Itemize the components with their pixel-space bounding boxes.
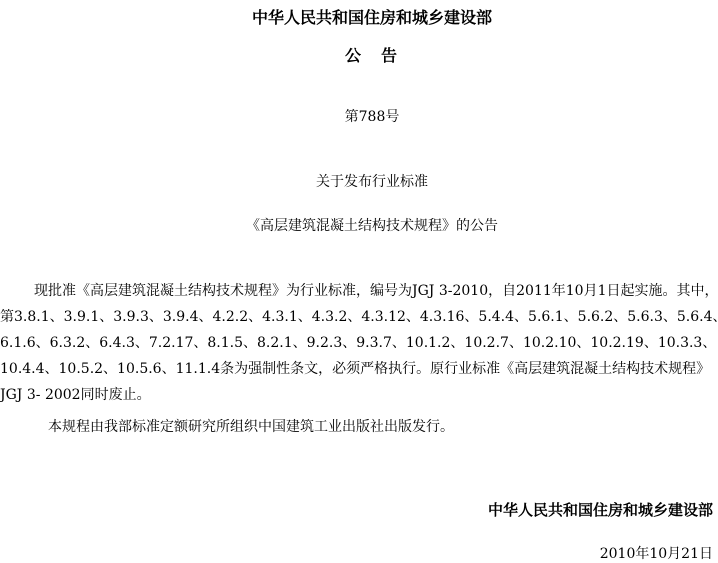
body-paragraph-1: 现批准《高层建筑混凝土结构技术规程》为行业标准，编号为JGJ 3-2010，自2… — [0, 278, 718, 408]
paragraph-1-line-5: JGJ 3- 2002同时废止。 — [0, 382, 718, 408]
paragraph-1-line-1: 现批准《高层建筑混凝土结构技术规程》为行业标准，编号为JGJ 3-2010，自2… — [0, 278, 718, 304]
paragraph-1-line-2: 第3.8.1、3.9.1、3.9.3、3.9.4、4.2.2、4.3.1、4.3… — [0, 304, 718, 330]
notice-type-heading: 公 告 — [0, 48, 718, 64]
announcement-document: 中华人民共和国住房和城乡建设部 公 告 第788号 关于发布行业标准 《高层建筑… — [0, 10, 718, 563]
notice-number: 第788号 — [0, 110, 718, 125]
body-paragraph-2: 本规程由我部标准定额研究所组织中国建筑工业出版社出版发行。 — [0, 414, 718, 440]
subject-line-2: 《高层建筑混凝土结构技术规程》的公告 — [0, 218, 718, 234]
paragraph-1-line-3: 6.1.6、6.3.2、6.4.3、7.2.17、8.1.5、8.2.1、9.2… — [0, 330, 718, 356]
signature-date: 2010年10月21日 — [0, 541, 718, 563]
ministry-title: 中华人民共和国住房和城乡建设部 — [0, 10, 718, 26]
signature-issuer: 中华人民共和国住房和城乡建设部 — [0, 497, 718, 523]
subject-line-1: 关于发布行业标准 — [0, 175, 718, 190]
paragraph-1-line-4: 10.4.4、10.5.2、10.5.6、11.1.4条为强制性条文，必须严格执… — [0, 356, 718, 382]
